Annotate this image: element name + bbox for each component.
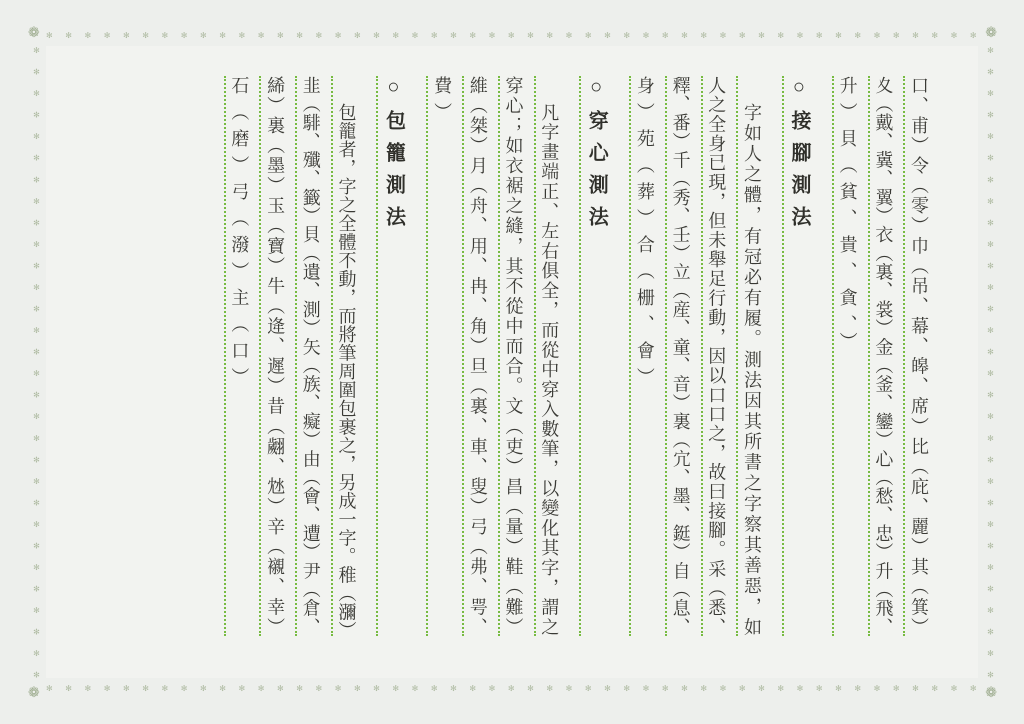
text-column: 維（桀）月（舟、用、冉、角）旦（裏、車、叟）弓（弗、咢、 bbox=[462, 76, 493, 636]
text-column: 字如人之體，有冠必有履。測法因其所書之字察其善惡，如 bbox=[736, 76, 767, 636]
text-column: 夊（戴、冀、翼）衣（裏、裳）金（釜、鑾）心（愁、忠）升（飛、 bbox=[868, 76, 899, 636]
vertical-text-body: 口、甫）令（零）巾（吊、幕、皞、席）比（庇、麗）其（箕） 夊（戴、冀、翼）衣（裏… bbox=[219, 76, 934, 636]
text-column: 費） bbox=[426, 76, 457, 636]
frame-ornament-left: ✻ ✻ ✻ ✻ ✻ ✻ ✻ ✻ ✻ ✻ ✻ ✻ ✻ ✻ ✻ ✻ ✻ ✻ ✻ ✻ … bbox=[29, 46, 42, 678]
section-header-baolong: ○包籠測法 bbox=[376, 76, 409, 636]
frame-corner-icon: ❁ bbox=[985, 686, 997, 700]
text-column: 石（磨）弓（潑）主（口） bbox=[224, 76, 255, 636]
frame-ornament-right: ✻ ✻ ✻ ✻ ✻ ✻ ✻ ✻ ✻ ✻ ✻ ✻ ✻ ✻ ✻ ✻ ✻ ✻ ✻ ✻ … bbox=[983, 46, 996, 678]
frame-corner-icon: ❁ bbox=[985, 26, 997, 40]
frame-ornament-top: ✻ ✻ ✻ ✻ ✻ ✻ ✻ ✻ ✻ ✻ ✻ ✻ ✻ ✻ ✻ ✻ ✻ ✻ ✻ ✻ … bbox=[46, 30, 978, 43]
section-header-jiejiao: ○接腳測法 bbox=[782, 76, 815, 636]
frame-corner-icon: ❁ bbox=[28, 686, 40, 700]
frame-corner-icon: ❁ bbox=[28, 26, 40, 40]
text-column: 身）苑（葬）合（栅、會） bbox=[629, 76, 660, 636]
text-column: 口、甫）令（零）巾（吊、幕、皞、席）比（庇、麗）其（箕） bbox=[903, 76, 934, 636]
section-header-chuanxin: ○穿心測法 bbox=[579, 76, 612, 636]
text-column: 穿心；如衣裾之縫，其不從中而合。文（吏）昌（量）鞋（難） bbox=[498, 76, 529, 636]
frame-ornament-bottom: ✻ ✻ ✻ ✻ ✻ ✻ ✻ ✻ ✻ ✻ ✻ ✻ ✻ ✻ ✻ ✻ ✻ ✻ ✻ ✻ … bbox=[46, 683, 978, 696]
text-column: 絺）裏（墨）玉（寶）牛（逄、遲）昔（翽、沊）辛（襯、幸） bbox=[259, 76, 290, 636]
text-column: 人之全身已現，但未舉足行動，因以口口之，故曰接腳。采（悉、 bbox=[701, 76, 732, 636]
text-column: 釋、番）千（秀、壬）立（産、童、音）裏（宂、墨、鋌）自（息、 bbox=[665, 76, 696, 636]
text-column: 韭（騑、殲、籤）貝（遺、測）矢（族、癡）由（會、遭）尹（倉、 bbox=[295, 76, 326, 636]
text-column: 凡字畫端正、左右俱全，而從中穿入數筆，以變化其字，謂之 bbox=[534, 76, 565, 636]
text-column: 包籠者，字之全體不動，而將筆周圍包裹之，另成一字。稚（瀰） bbox=[331, 76, 362, 636]
text-column: 升）貝（貧、貴、貪、） bbox=[832, 76, 863, 636]
